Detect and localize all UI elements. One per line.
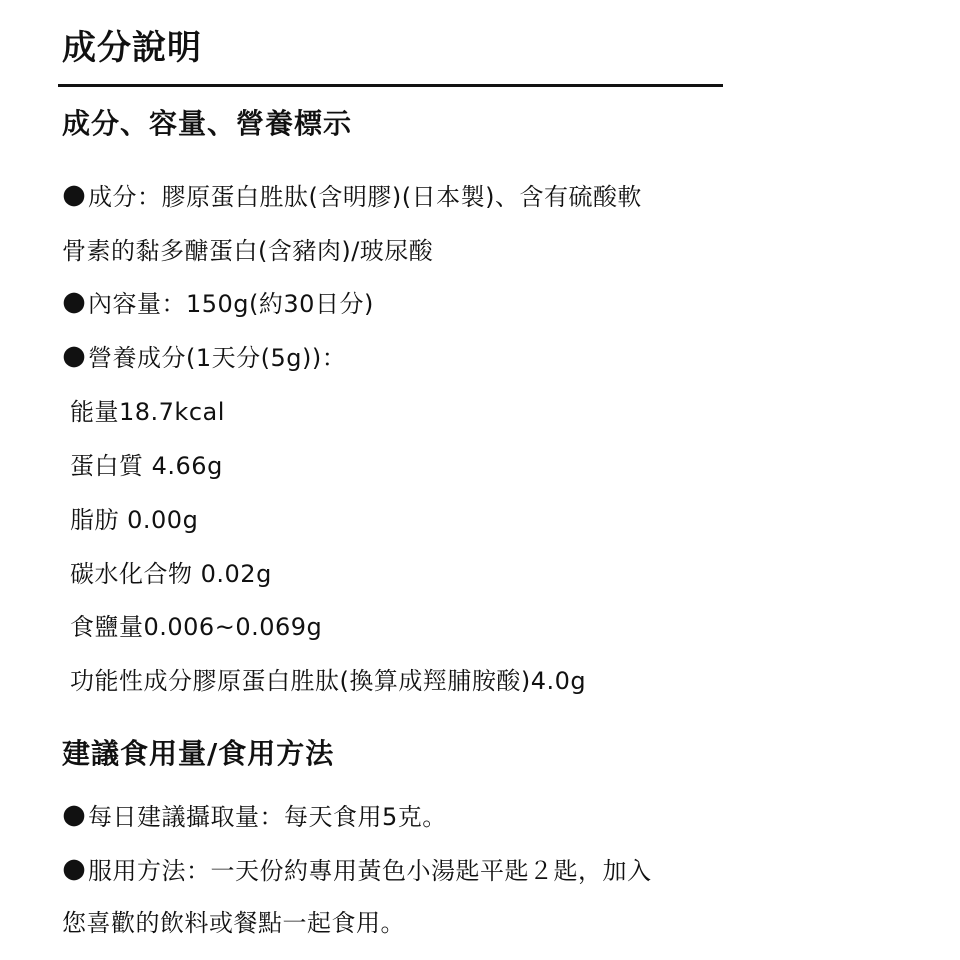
nutrition-item-fat: 脂肪 0.00g [70,504,198,536]
bullet-icon [64,806,85,827]
ingredients-text: 成分：膠原蛋白胜肽(含明膠)(日本製)、含有硫酸軟 [88,183,642,211]
nutrition-item-energy: 能量18.7kcal [70,396,225,428]
daily-intake-text: 每日建議攝取量：每天食用5克。 [88,803,447,831]
usage-method-line: 服用方法：一天份約專用黃色小湯匙平匙２匙，加入 [62,855,652,887]
section-heading-usage: 建議食用量/食用方法 [62,736,334,772]
content-amount-line: 內容量：150g(約30日分) [62,288,374,320]
ingredients-line-continued: 骨素的黏多醣蛋白(含豬肉)/玻尿酸 [62,235,433,267]
page-title: 成分說明 [62,26,202,70]
nutrition-header-text: 營養成分(1天分(5g))： [88,344,346,372]
section-heading-ingredients: 成分、容量、營養標示 [62,106,352,142]
bullet-icon [64,293,85,314]
nutrition-item-protein: 蛋白質 4.66g [70,450,223,482]
daily-intake-line: 每日建議攝取量：每天食用5克。 [62,801,447,833]
bullet-icon [64,347,85,368]
nutrition-item-salt: 食鹽量0.006~0.069g [70,611,322,643]
bullet-icon [64,860,85,881]
nutrition-header-line: 營養成分(1天分(5g))： [62,342,346,374]
title-divider [58,84,723,87]
nutrition-item-functional: 功能性成分膠原蛋白胜肽(換算成羥脯胺酸)4.0g [70,665,586,697]
usage-method-text: 服用方法：一天份約專用黃色小湯匙平匙２匙，加入 [88,857,652,885]
ingredients-line: 成分：膠原蛋白胜肽(含明膠)(日本製)、含有硫酸軟 [62,181,642,213]
bullet-icon [64,186,85,207]
usage-method-text-continued: 您喜歡的飲料或餐點一起食用。 [62,909,405,937]
nutrition-item-carbohydrate: 碳水化合物 0.02g [70,558,272,590]
ingredients-text-continued: 骨素的黏多醣蛋白(含豬肉)/玻尿酸 [62,237,433,265]
content-amount-text: 內容量：150g(約30日分) [88,290,374,318]
usage-method-line-continued: 您喜歡的飲料或餐點一起食用。 [62,907,405,939]
